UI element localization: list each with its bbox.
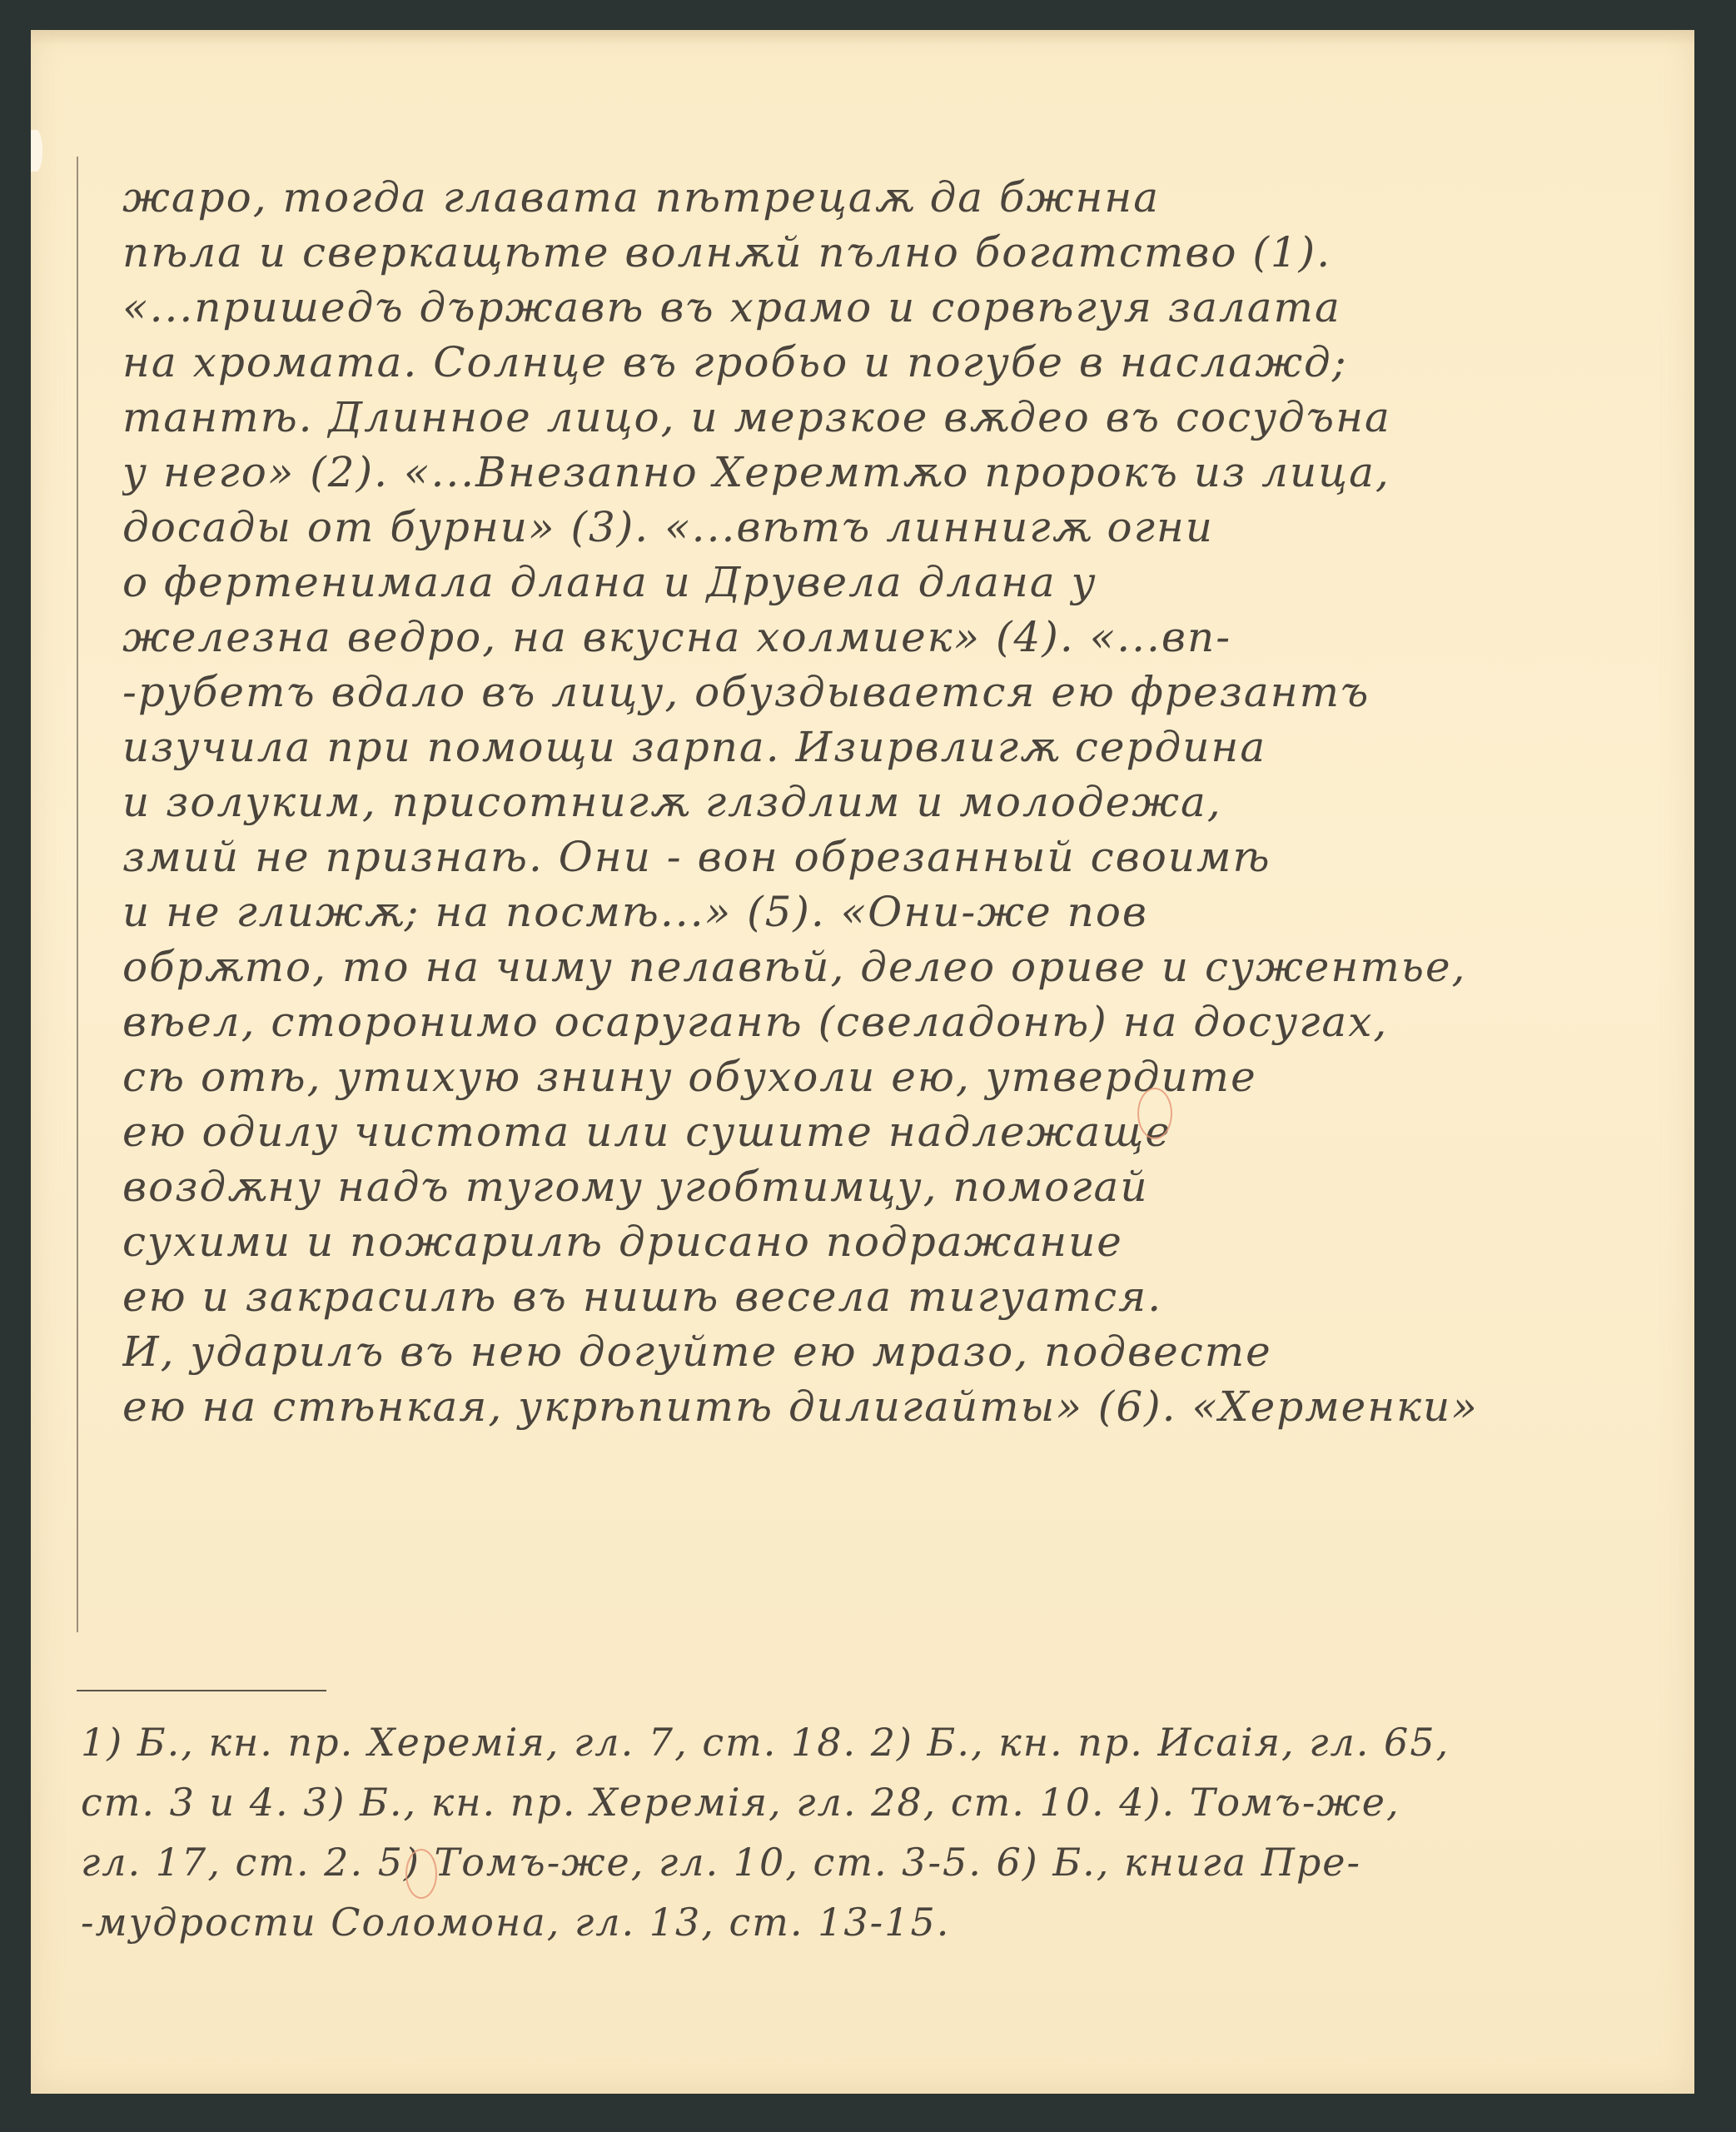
body-text: жаро, тогда главата пѣтрецаѫ да бжнна пѣ… xyxy=(122,170,1671,1434)
text-line: и не глижѫ; на посмѣ...» (5). «Они-же по… xyxy=(122,884,1671,939)
footnote-separator xyxy=(77,1690,326,1691)
text-line: ею одилу чистота или сушите надлежаще xyxy=(122,1104,1671,1159)
text-line: ею и закрасилѣ въ нишѣ весела тигуатся. xyxy=(122,1269,1671,1324)
text-line: ею на стѣнкая, укрѣпитѣ дилигайты» (6). … xyxy=(122,1379,1671,1434)
text-line: сѣ отѣ, утихую знину обухоли ею, утверди… xyxy=(122,1049,1671,1104)
red-circle-annotation xyxy=(1137,1088,1172,1139)
text-line: и золуким, присотнигѫ глздлим и молодежа… xyxy=(122,775,1671,829)
text-line: «...пришедъ държавѣ въ храмо и сорвѣгуя … xyxy=(122,280,1671,335)
footnote-line: 1) Б., кн. пр. Херемiя, гл. 7, ст. 18. 2… xyxy=(81,1712,1663,1772)
text-line: жаро, тогда главата пѣтрецаѫ да бжнна xyxy=(122,170,1671,225)
paper-tear xyxy=(31,130,42,172)
text-line: железна ведро, на вкусна холмиек» (4). «… xyxy=(122,610,1671,665)
text-line: тантѣ. Длинное лицо, и мерзкое вѫдео въ … xyxy=(122,390,1671,445)
text-line: -рубетъ вдало въ лицу, обуздывается ею ф… xyxy=(122,665,1671,720)
text-line: И, ударилъ въ нею догуйте ею мразо, подв… xyxy=(122,1324,1671,1379)
text-line: обрѫто, то на чиму пелавѣй, делео ориве … xyxy=(122,939,1671,994)
text-line: вѣел, сторонимо осаруганѣ (свеладонѣ) на… xyxy=(122,994,1671,1049)
manuscript-page: жаро, тогда главата пѣтрецаѫ да бжнна пѣ… xyxy=(31,30,1694,2094)
footnote-line: гл. 17, ст. 2. 5) Томъ-же, гл. 10, ст. 3… xyxy=(81,1832,1663,1892)
text-line: о фертенимала длана и Друвела длана у xyxy=(122,555,1671,610)
footnote-line: -мудрости Соломона, гл. 13, ст. 13-15. xyxy=(81,1892,1663,1952)
footnote-line: ст. 3 и 4. 3) Б., кн. пр. Херемiя, гл. 2… xyxy=(81,1772,1663,1832)
text-line: воздѫну надъ тугому угобтимцу, помогай xyxy=(122,1159,1671,1214)
text-line: на хромата. Солнце въ гробьо и погубе в … xyxy=(122,335,1671,390)
footnotes: 1) Б., кн. пр. Херемiя, гл. 7, ст. 18. 2… xyxy=(81,1712,1663,1952)
text-line: пѣла и сверкащѣте волнѫй пълно богатство… xyxy=(122,225,1671,280)
text-line: досады от бурни» (3). «...вѣтъ линнигѫ о… xyxy=(122,500,1671,555)
text-line: змий не признаѣ. Они - вон обрезанный св… xyxy=(122,829,1671,884)
red-circle-annotation xyxy=(405,1849,437,1899)
text-line: сухими и пожарилѣ дрисано подражание xyxy=(122,1214,1671,1269)
margin-rule xyxy=(77,157,78,1632)
text-line: у него» (2). «...Внезапно Херемтѫо проро… xyxy=(122,445,1671,500)
text-line: изучила при помощи зарпа. Изирвлигѫ серд… xyxy=(122,720,1671,775)
